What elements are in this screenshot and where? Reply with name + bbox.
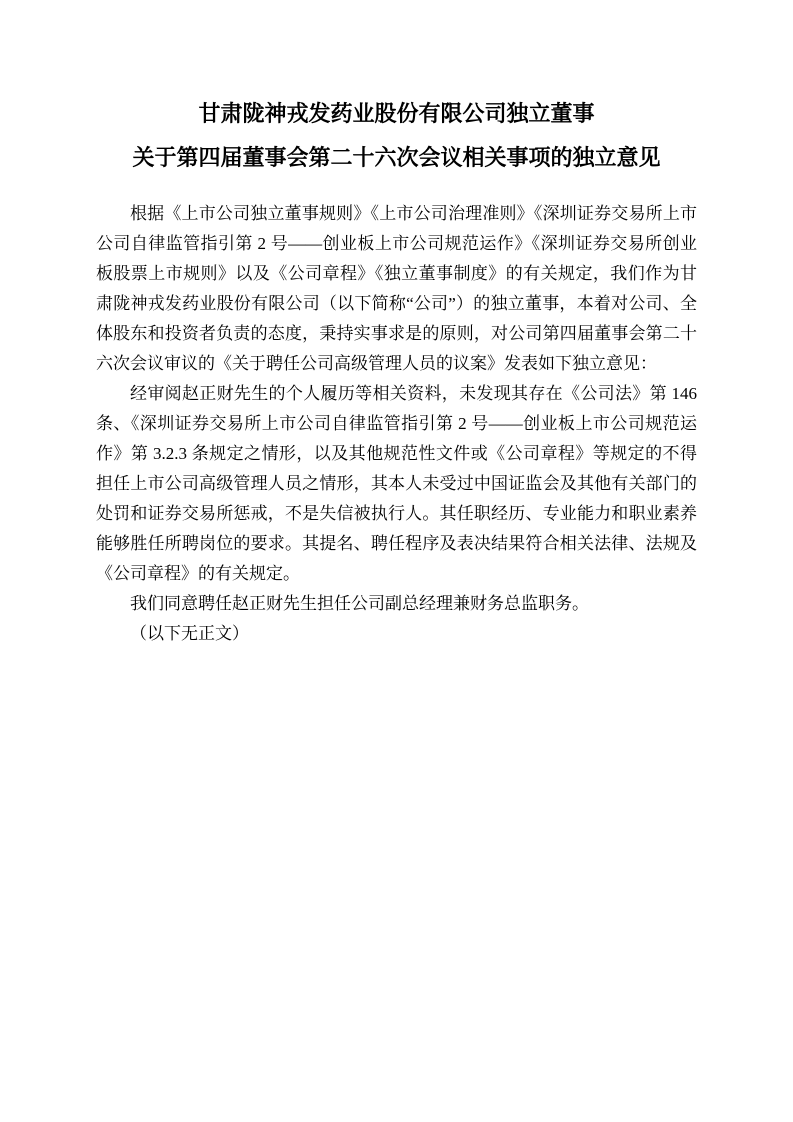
paragraph-regulatory-basis: 根据《上市公司独立董事规则》《上市公司治理准则》《深圳证券交易所上市公司自律监管… (96, 199, 697, 379)
document-title: 甘肃陇神戎发药业股份有限公司独立董事 关于第四届董事会第二十六次会议相关事项的独… (96, 92, 697, 180)
paragraph-review-opinion: 经审阅赵正财先生的个人履历等相关资料，未发现其存在《公司法》第 146 条、《深… (96, 379, 697, 589)
document-page: 甘肃陇神戎发药业股份有限公司独立董事 关于第四届董事会第二十六次会议相关事项的独… (0, 0, 793, 1122)
paragraph-conclusion: 我们同意聘任赵正财先生担任公司副总经理兼财务总监职务。 (96, 589, 697, 619)
paragraph-no-further-text: （以下无正文） (96, 619, 697, 649)
document-title-line-1: 甘肃陇神戎发药业股份有限公司独立董事 (96, 92, 697, 136)
document-title-line-2: 关于第四届董事会第二十六次会议相关事项的独立意见 (96, 136, 697, 180)
document-body: 根据《上市公司独立董事规则》《上市公司治理准则》《深圳证券交易所上市公司自律监管… (96, 199, 697, 649)
